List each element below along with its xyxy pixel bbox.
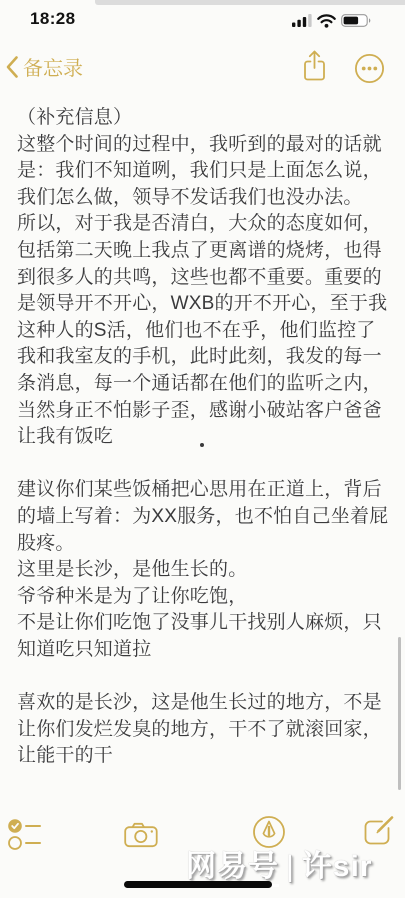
share-button[interactable] [301, 49, 328, 88]
ellipsis-circle-icon [354, 53, 385, 84]
share-icon [301, 49, 328, 83]
checklist-button[interactable] [6, 816, 42, 857]
more-button[interactable] [354, 53, 385, 89]
scrollbar-thumb[interactable] [398, 637, 401, 790]
top-edge-strip [95, 0, 405, 5]
watermark: 网易号|许sir [186, 841, 373, 885]
wifi-icon [317, 14, 336, 28]
watermark-author: 许sir [302, 850, 373, 883]
back-button[interactable]: 备忘录 [5, 52, 83, 81]
chevron-left-icon [5, 55, 19, 79]
signal-bars-icon [292, 14, 313, 27]
camera-icon [124, 821, 159, 848]
watermark-separator: | [286, 850, 295, 883]
battery-icon [341, 14, 372, 27]
stray-dot [200, 443, 204, 447]
back-button-label: 备忘录 [23, 52, 83, 81]
note-body-text[interactable]: （补充信息） 这整个时间的过程中，我听到的最对的话就 是：我们不知道咧，我们只是… [17, 105, 397, 770]
home-indicator[interactable] [124, 881, 272, 888]
checklist-icon [6, 816, 42, 852]
status-time: 18:28 [30, 9, 75, 29]
camera-button[interactable] [124, 821, 159, 853]
